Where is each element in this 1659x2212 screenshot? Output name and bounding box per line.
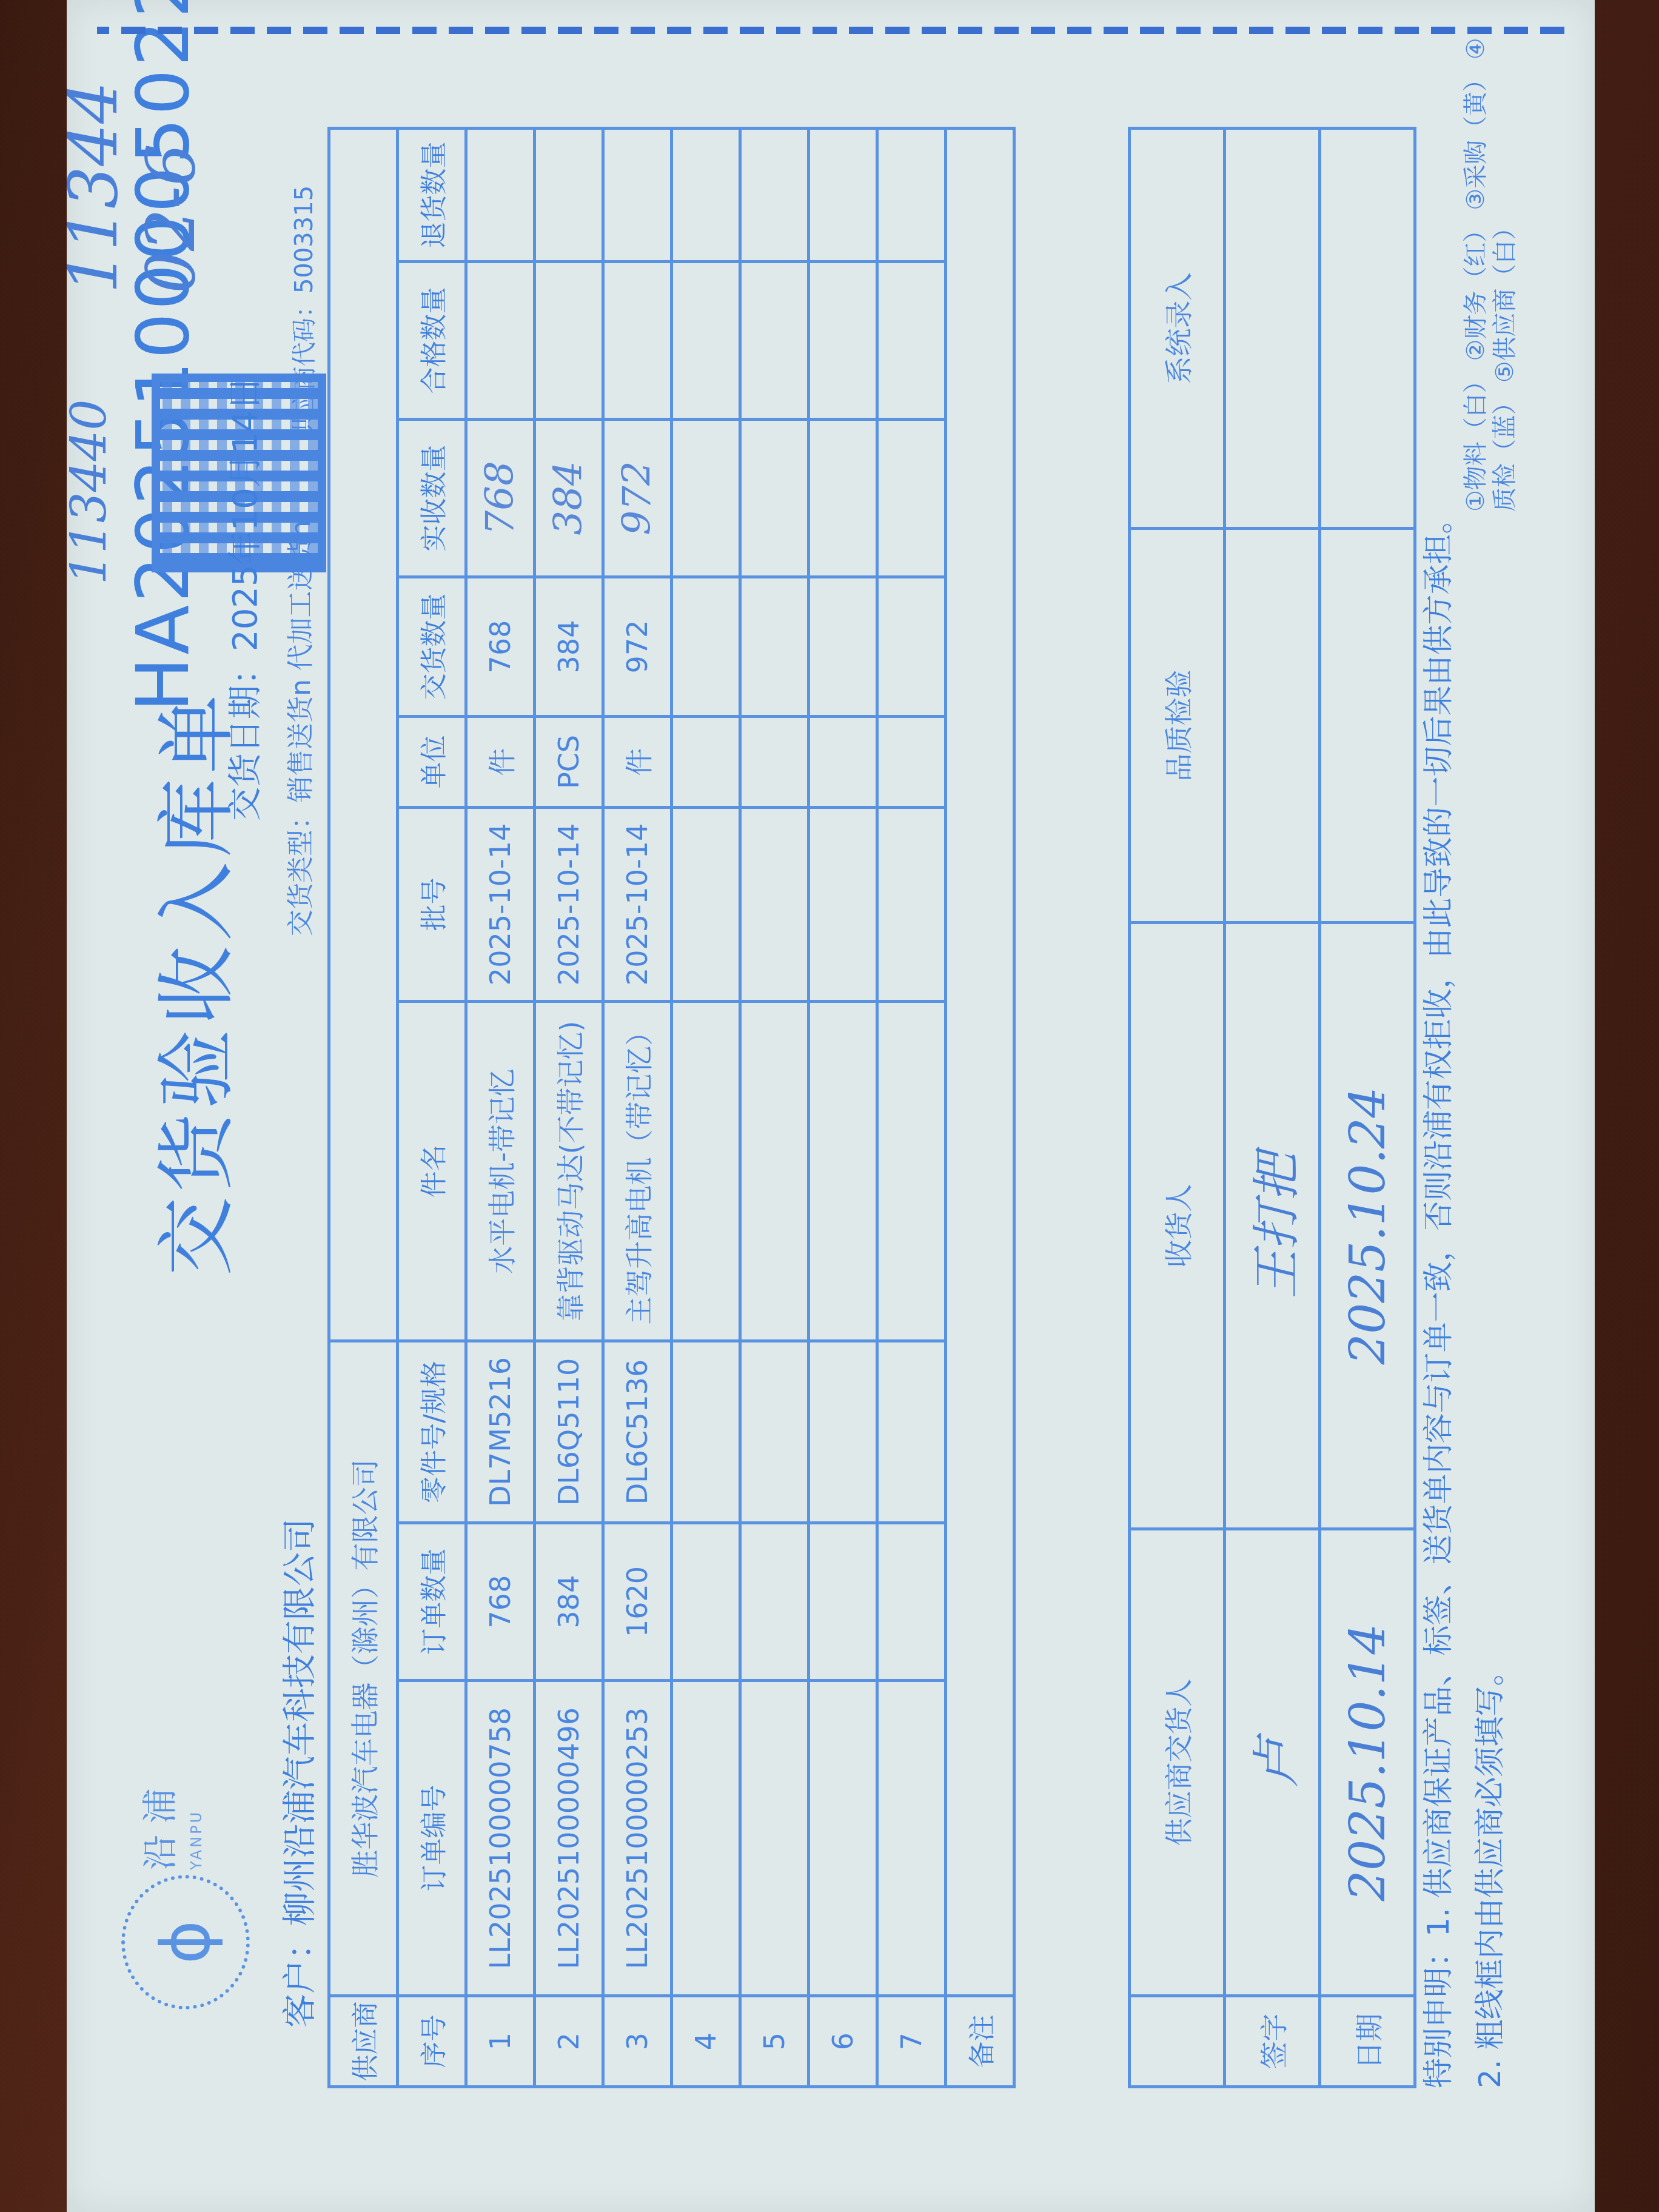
remarks-value	[946, 128, 1014, 1996]
cell-part-no: DL6C5136	[603, 1341, 672, 1523]
system-entry-signature	[1225, 129, 1320, 529]
cell-unit: 件	[603, 716, 672, 807]
copy-item: ③采购（黄）	[1462, 67, 1490, 210]
cell-delivered: 384	[535, 577, 603, 716]
quality-signature	[1225, 529, 1320, 923]
cell-unit: 件	[466, 716, 535, 807]
cell-received-handwritten: 768	[466, 419, 535, 577]
col-header-order-qty: 订单数量	[398, 1523, 466, 1681]
cell-empty	[877, 1001, 946, 1341]
signature-header-row: 供应商交货人 收货人 品质检验 系统录入	[1130, 129, 1225, 2087]
cell-empty	[740, 716, 809, 807]
copy-item: ⑤供应商（白）	[1491, 215, 1519, 383]
cell-empty	[877, 261, 946, 419]
cell-empty	[877, 1681, 946, 1996]
cell-no: 7	[877, 1996, 946, 2087]
handwritten-note-top: 113440	[61, 400, 117, 585]
cell-empty	[740, 1001, 809, 1341]
cell-returned	[603, 128, 672, 261]
cell-order-qty: 1620	[603, 1523, 672, 1681]
supplier-row-blank	[329, 128, 398, 1341]
remarks-label: 备注	[946, 1996, 1014, 2087]
cell-batch: 2025-10-14	[466, 807, 535, 1001]
cell-empty	[672, 807, 740, 1001]
delivery-type-label: 交货类型：	[286, 803, 317, 936]
cell-delivered: 768	[466, 577, 535, 716]
cell-part-no: DL6Q5110	[535, 1341, 603, 1523]
cell-empty	[809, 577, 877, 716]
copy-item: ①物料（白）	[1462, 369, 1490, 512]
cell-qualified	[603, 261, 672, 419]
cell-order-no: LL2025100000253	[603, 1681, 672, 1996]
cell-delivered: 972	[603, 577, 672, 716]
cell-part-no: DL7M5216	[466, 1341, 535, 1523]
cell-empty	[809, 128, 877, 261]
cell-empty	[877, 716, 946, 807]
cell-received-handwritten: 972	[603, 419, 672, 577]
cell-empty	[672, 261, 740, 419]
cell-name: 水平电机-带记忆	[466, 1001, 535, 1341]
quality-label: 品质检验	[1130, 529, 1225, 923]
supplier-code-label: 供应商代码：	[290, 293, 318, 439]
logo-text: 沿 浦	[139, 1789, 182, 1870]
cell-qualified	[535, 261, 603, 419]
table-header-row: 序号 订单编号 订单数量 零件号/规格 件名 批号 单位 交货数量 实收数量 合…	[398, 128, 466, 2086]
cell-returned	[466, 128, 535, 261]
cell-empty	[877, 419, 946, 577]
delivery-type-line: 交货类型：销售送货n 代加工送货n	[279, 520, 318, 936]
supplier-name: 胜华波汽车电器（滁州）有限公司	[329, 1341, 398, 1996]
signature-row: 签字 卢 王打把	[1225, 129, 1320, 2087]
cell-empty	[809, 1001, 877, 1341]
supplier-code-line: 供应商代码：5003315	[285, 186, 320, 439]
cell-empty	[740, 261, 809, 419]
cell-empty	[809, 261, 877, 419]
col-header-order-no: 订单编号	[398, 1681, 466, 1996]
cell-empty	[672, 419, 740, 577]
cell-no: 6	[809, 1996, 877, 2087]
table-row: 2 LL2025100000496 384 DL6Q5110 靠背驱动马达(不带…	[535, 128, 603, 2086]
cell-empty	[740, 1681, 809, 1996]
cell-order-qty: 384	[535, 1523, 603, 1681]
delivery-date-label: 交货日期：	[226, 651, 265, 821]
cell-empty	[809, 716, 877, 807]
cell-empty	[809, 1523, 877, 1681]
cell-empty	[740, 128, 809, 261]
cell-empty	[740, 807, 809, 1001]
cell-qualified	[466, 261, 535, 419]
handwritten-note-side: 11344 02-6	[55, 27, 210, 293]
company-logo-icon: ϕ	[121, 1875, 250, 2009]
cell-empty	[740, 1523, 809, 1681]
col-header-qualified: 合格数量	[398, 261, 466, 419]
col-header-part-no: 零件号/规格	[398, 1341, 466, 1523]
cell-order-no: LL2025100000758	[466, 1681, 535, 1996]
supplier-code-value: 5003315	[290, 186, 318, 293]
copy-distribution: ①物料（白） ②财务（红） ③采购（黄） ④质检（蓝） ⑤供应商（白）	[1461, 27, 1520, 512]
cell-empty	[877, 807, 946, 1001]
supplier-label: 供应商	[329, 1996, 398, 2087]
cell-no: 3	[603, 1996, 672, 2087]
table-row: 4	[672, 128, 740, 2086]
note-line-2: 2. 粗线框内由供应商必须填写。	[1464, 503, 1516, 2088]
supplier-date: 2025.10.14	[1320, 1529, 1415, 1996]
cell-empty	[809, 807, 877, 1001]
customer-label: 客户：	[280, 1926, 320, 2028]
cell-no: 1	[466, 1996, 535, 2087]
delivery-receipt-form: ϕ 沿 浦 YANPU 交货验收入库单 HA2025100005022 1134…	[97, 27, 1564, 2185]
cell-empty	[672, 1341, 740, 1523]
cell-name: 主驾升高电机（带记忆）	[603, 1001, 672, 1341]
cell-batch: 2025-10-14	[535, 807, 603, 1001]
special-statement: 特别申明：1. 供应商保证产品、标签、送货单内容与订单一致，否则沿浦有权拒收，由…	[1413, 503, 1516, 2088]
cell-unit: PCS	[535, 716, 603, 807]
cell-empty	[809, 1681, 877, 1996]
cell-received-handwritten: 384	[535, 419, 603, 577]
cell-empty	[809, 419, 877, 577]
document-paper: ϕ 沿 浦 YANPU 交货验收入库单 HA2025100005022 1134…	[67, 0, 1595, 2212]
items-table: 供应商 胜华波汽车电器（滁州）有限公司 序号 订单编号 订单数量 零件号/规格 …	[327, 127, 1016, 2088]
receiver-signature: 王打把	[1225, 923, 1320, 1529]
cell-empty	[809, 1341, 877, 1523]
logo-en: YANPU	[188, 1810, 205, 1870]
system-entry-date	[1320, 129, 1415, 529]
cell-empty	[672, 716, 740, 807]
cell-empty	[877, 128, 946, 261]
date-label: 日期	[1320, 1996, 1415, 2087]
col-header-no: 序号	[398, 1996, 466, 2087]
cell-no: 4	[672, 1996, 740, 2087]
system-entry-label: 系统录入	[1130, 129, 1225, 529]
table-row: 3 LL2025100000253 1620 DL6C5136 主驾升高电机（带…	[603, 128, 672, 2086]
cell-empty	[877, 1523, 946, 1681]
signature-table: 供应商交货人 收货人 品质检验 系统录入 签字 卢 王打把 日期 2025.10…	[1128, 127, 1416, 2088]
cell-order-no: LL2025100000496	[535, 1681, 603, 1996]
col-header-unit: 单位	[398, 716, 466, 807]
cell-no: 5	[740, 1996, 809, 2087]
remarks-row: 备注	[946, 128, 1014, 2086]
note-line-1: 特别申明：1. 供应商保证产品、标签、送货单内容与订单一致，否则沿浦有权拒收，由…	[1413, 503, 1464, 2088]
cell-empty	[672, 1523, 740, 1681]
copy-item: ②财务（红）	[1462, 218, 1490, 361]
cell-empty	[672, 1681, 740, 1996]
table-row: 7	[877, 128, 946, 2086]
cell-no: 2	[535, 1996, 603, 2087]
table-row: 5	[740, 128, 809, 2086]
cell-empty	[672, 128, 740, 261]
cell-empty	[877, 1341, 946, 1523]
cell-batch: 2025-10-14	[603, 807, 672, 1001]
cell-empty	[672, 577, 740, 716]
receiver-date: 2025.10.24	[1320, 923, 1415, 1529]
receiver-label: 收货人	[1130, 923, 1225, 1529]
col-header-received: 实收数量	[398, 419, 466, 577]
cell-empty	[740, 577, 809, 716]
quality-date	[1320, 529, 1415, 923]
cell-empty	[672, 1001, 740, 1341]
supplier-row: 供应商 胜华波汽车电器（滁州）有限公司	[329, 128, 398, 2086]
cell-returned	[535, 128, 603, 261]
signature-label: 签字	[1225, 1996, 1320, 2087]
table-row: 6	[809, 128, 877, 2086]
col-header-delivered: 交货数量	[398, 577, 466, 716]
col-header-batch: 批号	[398, 807, 466, 1001]
delivery-type-value: 销售送货n 代加工送货n	[286, 520, 317, 803]
supplier-deliverer-label: 供应商交货人	[1130, 1529, 1225, 1996]
customer-value: 柳州沿浦汽车科技有限公司	[280, 1518, 320, 1926]
cell-empty	[740, 1341, 809, 1523]
sig-blank	[1130, 1996, 1225, 2087]
cell-empty	[740, 419, 809, 577]
date-row: 日期 2025.10.14 2025.10.24	[1320, 129, 1415, 2087]
cell-order-qty: 768	[466, 1523, 535, 1681]
delivery-date-line: 交货日期：2025年10月14日	[218, 377, 267, 821]
cell-name: 靠背驱动马达(不带记忆)	[535, 1001, 603, 1341]
customer-line: 客户：柳州沿浦汽车科技有限公司	[273, 1518, 321, 2028]
supplier-signature: 卢	[1225, 1529, 1320, 1996]
cell-empty	[877, 577, 946, 716]
col-header-returned: 退货数量	[398, 128, 466, 261]
perforation-edge	[97, 27, 1564, 34]
delivery-date-value: 2025年10月14日	[226, 377, 265, 651]
table-row: 1 LL2025100000758 768 DL7M5216 水平电机-带记忆 …	[466, 128, 535, 2086]
col-header-name: 件名	[398, 1001, 466, 1341]
